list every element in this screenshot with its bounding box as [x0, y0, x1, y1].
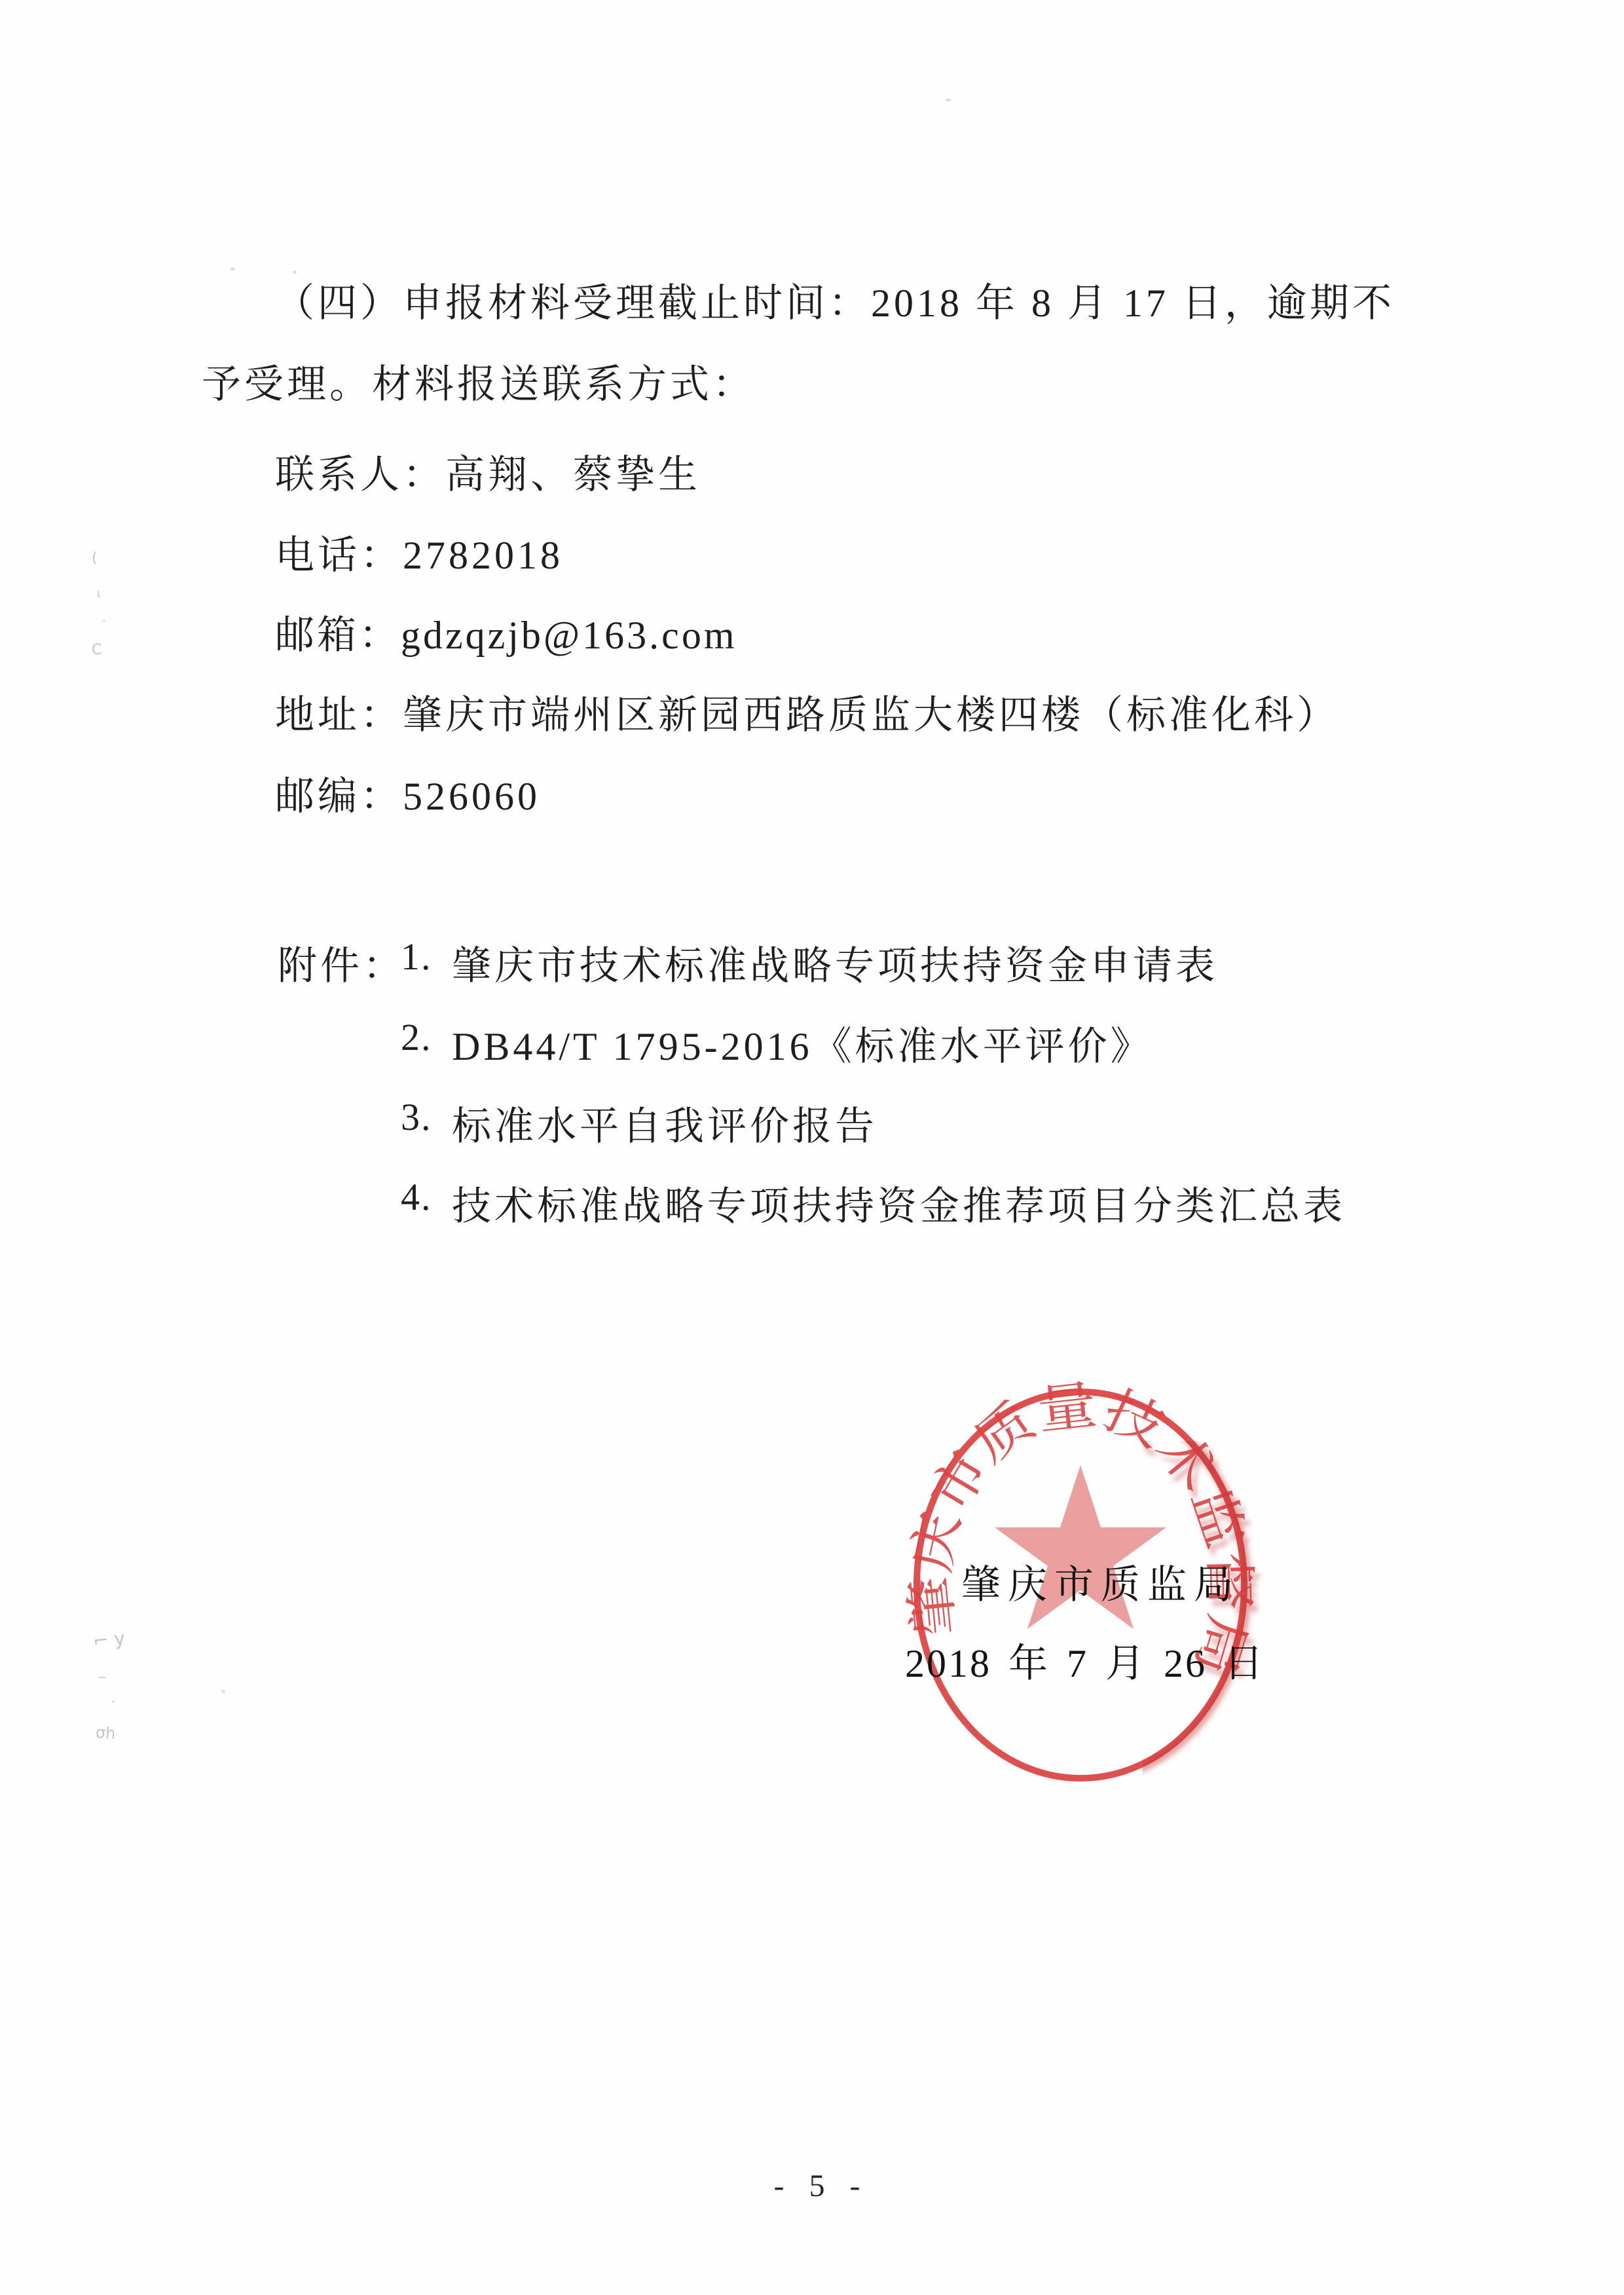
paragraph-line-2: 予受理。材料报送联系方式： [202, 365, 755, 404]
pencil-mark: – [98, 1669, 106, 1685]
margin-mark: ι [97, 588, 101, 600]
pencil-mark: · [111, 1695, 115, 1708]
attachments-label: 附件： [278, 935, 405, 991]
scan-speck [221, 1690, 225, 1693]
scanned-document-page: （四）申报材料受理截止时间：2018 年 8 月 17 日，逾期不 予受理。材料… [0, 0, 1624, 2295]
attachment-number: 3. [401, 1095, 432, 1139]
contact-person-line: 联系人：高翔、蔡挚生 [275, 455, 701, 494]
attachment-title: 标准水平自我评价报告 [452, 1095, 877, 1151]
attachment-number: 1. [401, 935, 432, 979]
contact-phone-line: 电话：2782018 [275, 536, 563, 575]
issuing-agency: 肇庆市质监局 [961, 1554, 1240, 1610]
attachment-title: 技术标准战略专项扶持资金推荐项目分类汇总表 [452, 1175, 1346, 1231]
pencil-mark: ⌐ y [92, 1630, 126, 1651]
margin-mark: · [102, 616, 106, 627]
margin-mark: C [92, 643, 101, 658]
attachment-number: 4. [401, 1175, 432, 1219]
scan-speck [231, 267, 235, 271]
attachment-number: 2. [401, 1015, 432, 1059]
scan-speck [293, 271, 297, 274]
page-number: - 5 - [714, 2168, 923, 2204]
scan-speck [946, 98, 951, 102]
attachment-title: 肇庆市技术标准战略专项扶持资金申请表 [452, 935, 1218, 991]
attachment-title: DB44/T 1795-2016《标准水平评价》 [452, 1015, 1153, 1072]
contact-address-line: 地址：肇庆市端州区新园西路质监大楼四楼（标准化科） [275, 696, 1339, 735]
margin-mark: ( [92, 551, 98, 566]
contact-email-line: 邮箱：gdzqzjb@163.com [275, 616, 737, 655]
issue-date: 2018 年 7 月 26 日 [905, 1632, 1265, 1689]
contact-postcode-line: 邮编：526060 [275, 777, 540, 816]
pencil-mark: σh [95, 1725, 116, 1742]
paragraph-line-1: （四）申报材料受理截止时间：2018 年 8 月 17 日，逾期不 [275, 284, 1395, 323]
